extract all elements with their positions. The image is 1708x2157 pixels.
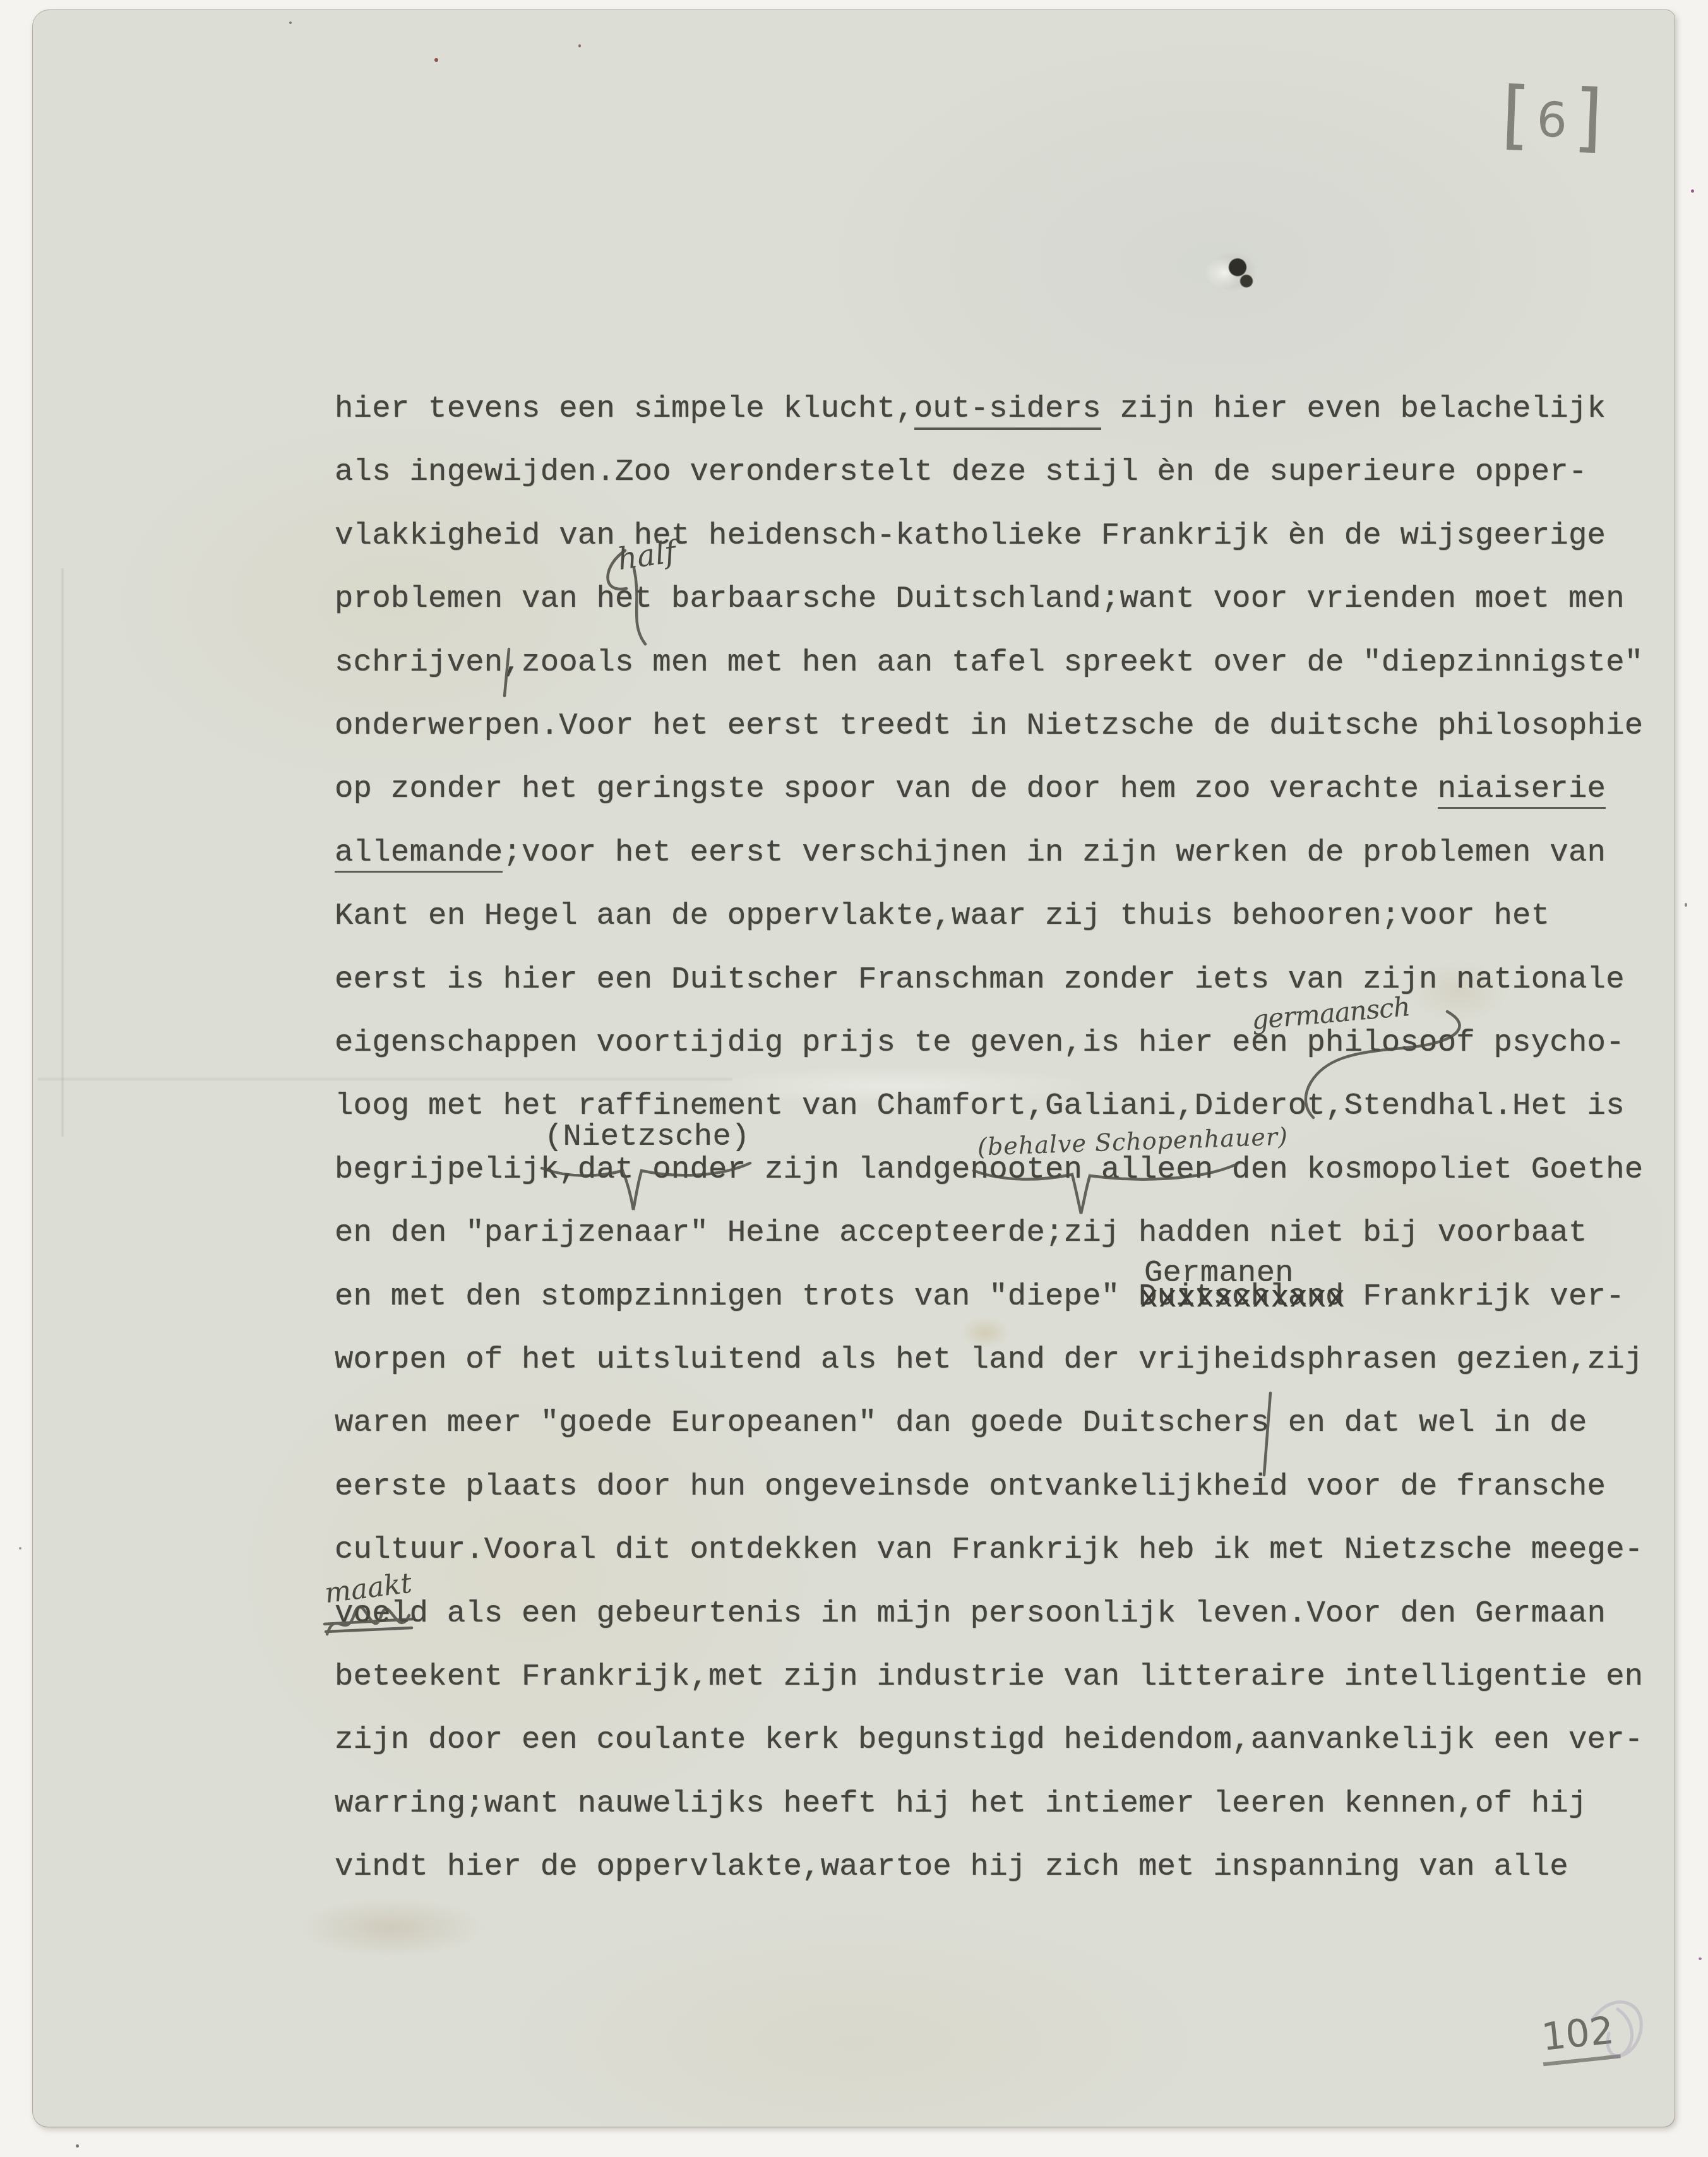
corner-page-mark: [6] [1494, 64, 1604, 155]
typed-line: vindt hier de oppervlakte,waartoe hij zi… [335, 1847, 1568, 1886]
scan-speck [19, 1547, 21, 1550]
typed-insertion-germanen: Germanen [1144, 1255, 1294, 1291]
paper-crease [38, 1077, 732, 1082]
scan-speck [1691, 189, 1694, 193]
typed-line: allemande;voor het eerst verschijnen in … [335, 833, 1606, 872]
paper-crease [61, 568, 64, 1137]
typed-line: vlakkigheid van het heidensch-katholieke… [335, 516, 1606, 555]
scan-speck [1685, 903, 1687, 907]
corner-bracket-left: [ [1500, 70, 1532, 158]
typed-line: worpen of het uitsluitend als het land d… [335, 1340, 1643, 1379]
typed-line: en den "parijzenaar" Heine accepteerde;z… [335, 1213, 1587, 1252]
typed-line: eigenschappen voortijdig prijs te geven,… [335, 1023, 1625, 1062]
scan-speck [76, 2144, 79, 2148]
corner-bracket-right: ] [1572, 73, 1604, 161]
typed-line: loog met het raffinement van Chamfort,Ga… [335, 1086, 1625, 1125]
typed-line: eerste plaats door hun ongeveinsde ontva… [335, 1467, 1606, 1506]
typed-line: schrijven,zooals men met hen aan tafel s… [335, 643, 1643, 682]
typed-line: warring;want nauwelijks heeft hij het in… [335, 1784, 1587, 1823]
typed-line: eerst is hier een Duitscher Franschman z… [335, 960, 1625, 999]
typed-line: Kant en Hegel aan de oppervlakte,waar zi… [335, 896, 1550, 935]
typed-line: hier tevens een simpele klucht,out-sider… [335, 389, 1606, 428]
paper-hole [1198, 245, 1262, 298]
scan-speck [434, 58, 438, 62]
corner-number: 6 [1536, 91, 1568, 148]
typed-line: problemen van het barbaarsche Duitschlan… [335, 579, 1625, 618]
typed-insertion-nietzsche: (Nietzsche) [544, 1119, 750, 1154]
typed-line: als ingewijden.Zoo veronderstelt deze st… [335, 452, 1587, 491]
typed-line: op zonder het geringste spoor van de doo… [335, 769, 1606, 808]
bottom-page-number: 102 [1538, 2008, 1620, 2066]
typed-line: voeld als een gebeurtenis in mijn persoo… [335, 1594, 1606, 1633]
scan-speck [578, 44, 581, 47]
underlined-word: niaiserie [1438, 771, 1606, 809]
scan-speck [1699, 1957, 1702, 1960]
typed-line: waren meer "goede Europeanen" dan goede … [335, 1403, 1587, 1442]
underlined-word: out-siders [914, 391, 1101, 430]
scanned-typescript: { "document": { "corner_mark": { "left_b… [0, 0, 1708, 2157]
typed-line: en met den stompzinnigen trots van "diep… [335, 1277, 1625, 1316]
scan-speck [289, 21, 292, 24]
typed-line: zijn door een coulante kerk begunstigd h… [335, 1720, 1643, 1759]
typed-line: beteekent Frankrijk,met zijn industrie v… [335, 1657, 1643, 1696]
typed-line: cultuur.Vooral dit ontdekken van Frankri… [335, 1530, 1643, 1569]
typed-line: onderwerpen.Voor het eerst treedt in Nie… [335, 706, 1643, 745]
underlined-word: allemande [335, 835, 503, 873]
